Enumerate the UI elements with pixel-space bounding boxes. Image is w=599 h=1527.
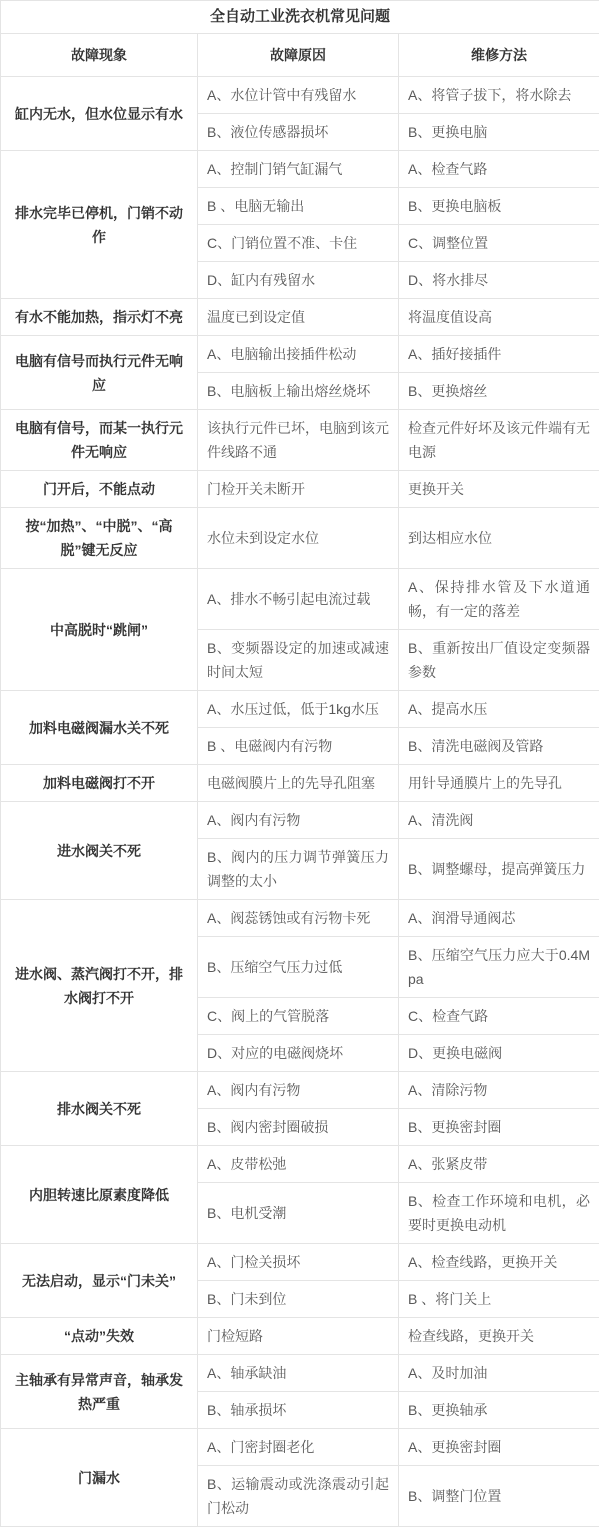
- fault-cell: 排水阀关不死: [1, 1072, 198, 1146]
- cause-cell: B、轴承损坏: [198, 1392, 399, 1429]
- cause-cell: 电磁阀膜片上的先导孔阻塞: [198, 765, 399, 802]
- cause-cell: A、阀内有污物: [198, 802, 399, 839]
- repair-cell: B、重新按出厂值设定变频器参数: [399, 630, 599, 691]
- fault-cell: 主轴承有异常声音，轴承发热严重: [1, 1355, 198, 1429]
- repair-cell: A、清洗阀: [399, 802, 599, 839]
- repair-cell: 检查线路，更换开关: [399, 1318, 599, 1355]
- table-row: 有水不能加热，指示灯不亮温度已到设定值将温度值设高: [1, 299, 599, 336]
- cause-cell: B、压缩空气压力过低: [198, 937, 399, 998]
- cause-cell: B、液位传感器损坏: [198, 114, 399, 151]
- troubleshooting-page: 全自动工业洗衣机常见问题 故障现象 故障原因 维修方法 缸内无水，但水位显示有水…: [0, 0, 599, 1527]
- cause-cell: A、水压过低，低于1kg水压: [198, 691, 399, 728]
- repair-cell: B、更换电脑板: [399, 188, 599, 225]
- fault-cell: 缸内无水，但水位显示有水: [1, 77, 198, 151]
- table-row: 加料电磁阀打不开电磁阀膜片上的先导孔阻塞用针导通膜片上的先导孔: [1, 765, 599, 802]
- cause-cell: A、排水不畅引起电流过载: [198, 569, 399, 630]
- page-title: 全自动工业洗衣机常见问题: [1, 1, 599, 34]
- repair-cell: A、及时加油: [399, 1355, 599, 1392]
- table-row: 内胆转速比原素度降低A、皮带松弛A、张紧皮带: [1, 1146, 599, 1183]
- repair-cell: A、保持排水管及下水道通畅，有一定的落差: [399, 569, 599, 630]
- cause-cell: A、轴承缺油: [198, 1355, 399, 1392]
- table-row: 进水阀、蒸汽阀打不开，排水阀打不开A、阀蕊锈蚀或有污物卡死A、润滑导通阀芯: [1, 900, 599, 937]
- repair-cell: A、插好接插件: [399, 336, 599, 373]
- col-header-repair: 维修方法: [399, 34, 599, 77]
- cause-cell: B、电机受潮: [198, 1183, 399, 1244]
- cause-cell: B 、电脑无输出: [198, 188, 399, 225]
- fault-cell: “点动”失效: [1, 1318, 198, 1355]
- cause-cell: A、水位计管中有残留水: [198, 77, 399, 114]
- cause-cell: A、控制门销气缸漏气: [198, 151, 399, 188]
- col-header-cause: 故障原因: [198, 34, 399, 77]
- repair-cell: A、张紧皮带: [399, 1146, 599, 1183]
- cause-cell: B、电脑板上输出熔丝烧坏: [198, 373, 399, 410]
- fault-cell: 中高脱时“跳闸”: [1, 569, 198, 691]
- fault-cell: 电脑有信号而执行元件无响应: [1, 336, 198, 410]
- repair-cell: B、调整螺母，提高弹簧压力: [399, 839, 599, 900]
- title-row: 全自动工业洗衣机常见问题: [1, 1, 599, 34]
- repair-cell: A、润滑导通阀芯: [399, 900, 599, 937]
- table-row: 排水完毕已停机，门销不动作A、控制门销气缸漏气A、检查气路: [1, 151, 599, 188]
- table-row: 门漏水A、门密封圈老化A、更换密封圈: [1, 1429, 599, 1466]
- repair-cell: B 、将门关上: [399, 1281, 599, 1318]
- fault-cell: 内胆转速比原素度降低: [1, 1146, 198, 1244]
- fault-cell: 按“加热”、“中脱”、“高脱”键无反应: [1, 508, 198, 569]
- repair-cell: B、更换密封圈: [399, 1109, 599, 1146]
- cause-cell: A、阀内有污物: [198, 1072, 399, 1109]
- repair-cell: A、检查线路，更换开关: [399, 1244, 599, 1281]
- fault-table: 全自动工业洗衣机常见问题 故障现象 故障原因 维修方法 缸内无水，但水位显示有水…: [0, 0, 599, 1527]
- cause-cell: 温度已到设定值: [198, 299, 399, 336]
- repair-cell: 将温度值设高: [399, 299, 599, 336]
- repair-cell: C、检查气路: [399, 998, 599, 1035]
- fault-cell: 加料电磁阀漏水关不死: [1, 691, 198, 765]
- cause-cell: B、门未到位: [198, 1281, 399, 1318]
- cause-cell: D、对应的电磁阀烧坏: [198, 1035, 399, 1072]
- repair-cell: B、更换熔丝: [399, 373, 599, 410]
- repair-cell: B、检查工作环境和电机，必要时更换电动机: [399, 1183, 599, 1244]
- cause-cell: A、阀蕊锈蚀或有污物卡死: [198, 900, 399, 937]
- repair-cell: A、清除污物: [399, 1072, 599, 1109]
- repair-cell: A、检查气路: [399, 151, 599, 188]
- table-row: 电脑有信号而执行元件无响应A、电脑输出接插件松动A、插好接插件: [1, 336, 599, 373]
- repair-cell: B、压缩空气压力应大于0.4Mpa: [399, 937, 599, 998]
- col-header-fault: 故障现象: [1, 34, 198, 77]
- cause-cell: B 、电磁阀内有污物: [198, 728, 399, 765]
- table-row: “点动”失效门检短路检查线路，更换开关: [1, 1318, 599, 1355]
- cause-cell: C、门销位置不准、卡住: [198, 225, 399, 262]
- repair-cell: D、将水排尽: [399, 262, 599, 299]
- repair-cell: D、更换电磁阀: [399, 1035, 599, 1072]
- cause-cell: A、皮带松弛: [198, 1146, 399, 1183]
- table-row: 无法启动，显示“门未关”A、门检关损坏A、检查线路，更换开关: [1, 1244, 599, 1281]
- cause-cell: 该执行元件已坏，电脑到该元件线路不通: [198, 410, 399, 471]
- repair-cell: A、更换密封圈: [399, 1429, 599, 1466]
- cause-cell: D、缸内有残留水: [198, 262, 399, 299]
- header-row: 故障现象 故障原因 维修方法: [1, 34, 599, 77]
- fault-cell: 电脑有信号，而某一执行元件无响应: [1, 410, 198, 471]
- repair-cell: 用针导通膜片上的先导孔: [399, 765, 599, 802]
- table-row: 进水阀关不死A、阀内有污物A、清洗阀: [1, 802, 599, 839]
- cause-cell: A、门检关损坏: [198, 1244, 399, 1281]
- fault-cell: 无法启动，显示“门未关”: [1, 1244, 198, 1318]
- table-row: 缸内无水，但水位显示有水A、水位计管中有残留水A、将管子拔下，将水除去: [1, 77, 599, 114]
- repair-cell: C、调整位置: [399, 225, 599, 262]
- repair-cell: 到达相应水位: [399, 508, 599, 569]
- cause-cell: 门检短路: [198, 1318, 399, 1355]
- cause-cell: A、门密封圈老化: [198, 1429, 399, 1466]
- cause-cell: A、电脑输出接插件松动: [198, 336, 399, 373]
- fault-table-body: 缸内无水，但水位显示有水A、水位计管中有残留水A、将管子拔下，将水除去B、液位传…: [1, 77, 599, 1527]
- cause-cell: 门检开关未断开: [198, 471, 399, 508]
- repair-cell: B、调整门位置: [399, 1466, 599, 1527]
- table-row: 中高脱时“跳闸”A、排水不畅引起电流过载A、保持排水管及下水道通畅，有一定的落差: [1, 569, 599, 630]
- table-row: 加料电磁阀漏水关不死A、水压过低，低于1kg水压A、提高水压: [1, 691, 599, 728]
- fault-cell: 排水完毕已停机，门销不动作: [1, 151, 198, 299]
- table-row: 门开后，不能点动门检开关未断开更换开关: [1, 471, 599, 508]
- fault-cell: 进水阀关不死: [1, 802, 198, 900]
- cause-cell: B、运输震动或洗涤震动引起门松动: [198, 1466, 399, 1527]
- fault-cell: 进水阀、蒸汽阀打不开，排水阀打不开: [1, 900, 198, 1072]
- table-row: 排水阀关不死A、阀内有污物A、清除污物: [1, 1072, 599, 1109]
- table-row: 电脑有信号，而某一执行元件无响应该执行元件已坏，电脑到该元件线路不通检查元件好坏…: [1, 410, 599, 471]
- fault-cell: 门漏水: [1, 1429, 198, 1527]
- cause-cell: C、阀上的气管脱落: [198, 998, 399, 1035]
- cause-cell: B、阀内的压力调节弹簧压力调整的太小: [198, 839, 399, 900]
- cause-cell: B、变频器设定的加速或减速时间太短: [198, 630, 399, 691]
- fault-cell: 有水不能加热，指示灯不亮: [1, 299, 198, 336]
- fault-cell: 门开后，不能点动: [1, 471, 198, 508]
- table-row: 按“加热”、“中脱”、“高脱”键无反应水位未到设定水位到达相应水位: [1, 508, 599, 569]
- cause-cell: 水位未到设定水位: [198, 508, 399, 569]
- repair-cell: B、清洗电磁阀及管路: [399, 728, 599, 765]
- repair-cell: B、更换轴承: [399, 1392, 599, 1429]
- fault-cell: 加料电磁阀打不开: [1, 765, 198, 802]
- repair-cell: A、提高水压: [399, 691, 599, 728]
- repair-cell: 检查元件好坏及该元件端有无电源: [399, 410, 599, 471]
- repair-cell: 更换开关: [399, 471, 599, 508]
- table-row: 主轴承有异常声音，轴承发热严重A、轴承缺油A、及时加油: [1, 1355, 599, 1392]
- cause-cell: B、阀内密封圈破损: [198, 1109, 399, 1146]
- repair-cell: A、将管子拔下，将水除去: [399, 77, 599, 114]
- repair-cell: B、更换电脑: [399, 114, 599, 151]
